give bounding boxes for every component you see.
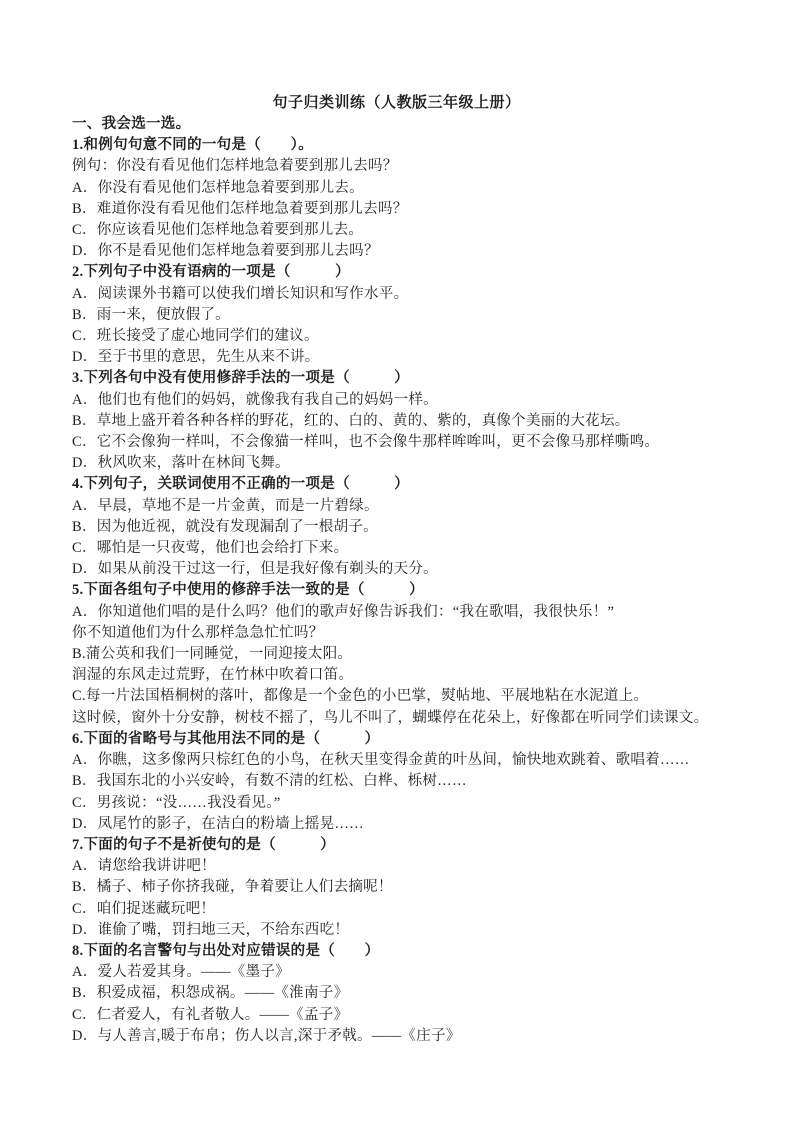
question-5-option-a: A．你知道他们唱的是什么吗？他们的歌声好像告诉我们：“我在歌唱，我很快乐！” — [72, 602, 759, 623]
question-1-example: 例句：你没有看见他们怎样地急着要到那儿去吗？ — [72, 156, 759, 177]
question-8-option-d: D．与人善言,暖于布帛；伤人以言,深于矛戟。——《庄子》 — [72, 1026, 759, 1047]
document-page: 句子归类训练（人教版三年级上册） 一、我会选一选。 1.和例句句意不同的一句是（… — [0, 0, 793, 1122]
question-8-option-a: A．爱人若爱其身。——《墨子》 — [72, 962, 759, 983]
question-3-option-d: D．秋风吹来，落叶在林间飞舞。 — [72, 453, 759, 474]
question-1-option-c: C．你应该看见他们怎样地急着要到那儿去。 — [72, 220, 759, 241]
question-3-option-c: C．它不会像狗一样叫，不会像猫一样叫，也不会像牛那样哞哞叫，更不会像马那样嘶鸣。 — [72, 432, 759, 453]
question-5-option-c-cont: 这时候，窗外十分安静，树枝不摇了，鸟儿不叫了，蝴蝶停在花朵上，好像都在听同学们读… — [72, 708, 759, 729]
question-6: 6.下面的省略号与其他用法不同的是（ ） A．你瞧，这多像两只棕红色的小鸟，在秋… — [72, 729, 759, 835]
question-7-option-a: A．请您给我讲讲吧！ — [72, 856, 759, 877]
question-7-option-c: C．咱们捉迷藏玩吧！ — [72, 899, 759, 920]
question-2-option-d: D．至于书里的意思，先生从来不讲。 — [72, 347, 759, 368]
question-7-option-d: D．谁偷了嘴，罚扫地三天，不给东西吃！ — [72, 920, 759, 941]
question-4-heading: 4.下列句子，关联词使用不正确的一项是（ ） — [72, 474, 759, 495]
question-5-option-c: C.每一片法国梧桐树的落叶，都像是一个金色的小巴掌，熨帖地、平展地粘在水泥道上。 — [72, 686, 759, 707]
question-4-option-c: C．哪怕是一只夜莺，他们也会给打下来。 — [72, 538, 759, 559]
question-8-heading: 8.下面的名言警句与出处对应错误的是（ ） — [72, 941, 759, 962]
question-7-option-b: B．橘子、柿子你挤我碰，争着要让人们去摘呢！ — [72, 877, 759, 898]
question-5-option-a-cont: 你不知道他们为什么那样急急忙忙吗？ — [72, 623, 759, 644]
question-7: 7.下面的句子不是祈使句的是（ ） A．请您给我讲讲吧！ B．橘子、柿子你挤我碰… — [72, 835, 759, 941]
question-1: 1.和例句句意不同的一句是（ ）。 例句：你没有看见他们怎样地急着要到那儿去吗？… — [72, 135, 759, 262]
question-3-heading: 3.下列各句中没有使用修辞手法的一项是（ ） — [72, 368, 759, 389]
question-5: 5.下面各组句子中使用的修辞手法一致的是（ ） A．你知道他们唱的是什么吗？他们… — [72, 580, 759, 728]
question-6-option-c: C．男孩说：“没……我没看见。” — [72, 793, 759, 814]
question-6-option-a: A．你瞧，这多像两只棕红色的小鸟，在秋天里变得金黄的叶丛间，愉快地欢跳着、歌唱着… — [72, 750, 759, 771]
question-3-option-b: B．草地上盛开着各种各样的野花，红的、白的、黄的、紫的，真像个美丽的大花坛。 — [72, 411, 759, 432]
question-8-option-c: C．仁者爱人，有礼者敬人。——《孟子》 — [72, 1005, 759, 1026]
question-1-option-b: B．难道你没有看见他们怎样地急着要到那儿去吗？ — [72, 199, 759, 220]
question-2-option-c: C．班长接受了虚心地同学们的建议。 — [72, 326, 759, 347]
question-3: 3.下列各句中没有使用修辞手法的一项是（ ） A．他们也有他们的妈妈，就像我有我… — [72, 368, 759, 474]
question-2-heading: 2.下列句子中没有语病的一项是（ ） — [72, 262, 759, 283]
document-title: 句子归类训练（人教版三年级上册） — [0, 93, 793, 114]
question-4-option-b: B．因为他近视，就没有发现漏刮了一根胡子。 — [72, 517, 759, 538]
question-2-option-a: A．阅读课外书籍可以使我们增长知识和写作水平。 — [72, 284, 759, 305]
question-2-option-b: B．雨一来，便放假了。 — [72, 305, 759, 326]
question-1-heading: 1.和例句句意不同的一句是（ ）。 — [72, 135, 759, 156]
question-2: 2.下列句子中没有语病的一项是（ ） A．阅读课外书籍可以使我们增长知识和写作水… — [72, 262, 759, 368]
question-8-option-b: B．积爱成福，积怨成祸。——《淮南子》 — [72, 983, 759, 1004]
section-heading: 一、我会选一选。 — [72, 114, 759, 135]
question-7-heading: 7.下面的句子不是祈使句的是（ ） — [72, 835, 759, 856]
question-5-option-b: B.蒲公英和我们一同睡觉，一同迎接太阳。 — [72, 644, 759, 665]
question-4-option-d: D．如果从前没干过这一行，但是我好像有剃头的天分。 — [72, 559, 759, 580]
question-8: 8.下面的名言警句与出处对应错误的是（ ） A．爱人若爱其身。——《墨子》 B．… — [72, 941, 759, 1047]
question-4-option-a: A．早晨，草地不是一片金黄，而是一片碧绿。 — [72, 496, 759, 517]
question-5-heading: 5.下面各组句子中使用的修辞手法一致的是（ ） — [72, 580, 759, 601]
document-body: 一、我会选一选。 1.和例句句意不同的一句是（ ）。 例句：你没有看见他们怎样地… — [72, 114, 759, 1047]
question-3-option-a: A．他们也有他们的妈妈，就像我有我自己的妈妈一样。 — [72, 390, 759, 411]
question-6-option-b: B．我国东北的小兴安岭，有数不清的红松、白桦、栎树…… — [72, 771, 759, 792]
question-1-option-d: D．你不是看见他们怎样地急着要到那儿去吗？ — [72, 241, 759, 262]
question-6-option-d: D．凤尾竹的影子，在洁白的粉墙上摇晃…… — [72, 814, 759, 835]
question-6-heading: 6.下面的省略号与其他用法不同的是（ ） — [72, 729, 759, 750]
question-1-option-a: A．你没有看见他们怎样地急着要到那儿去。 — [72, 178, 759, 199]
question-5-option-b-cont: 润湿的东风走过荒野，在竹林中吹着口笛。 — [72, 665, 759, 686]
question-4: 4.下列句子，关联词使用不正确的一项是（ ） A．早晨，草地不是一片金黄，而是一… — [72, 474, 759, 580]
